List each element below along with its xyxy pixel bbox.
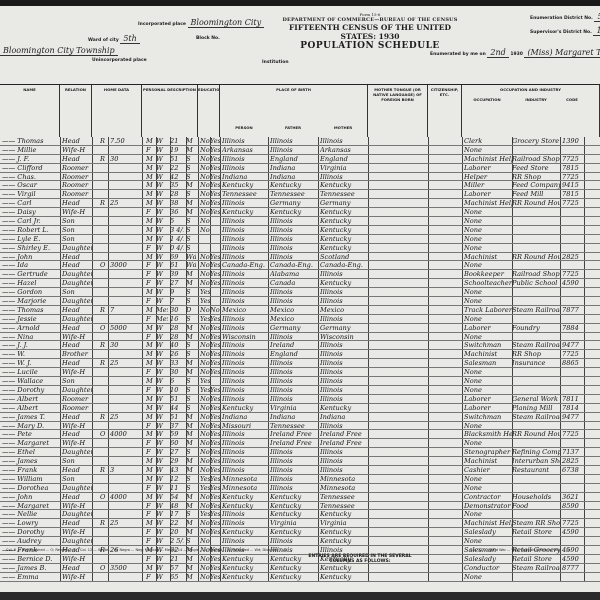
cell-birth: Kentucky (222, 493, 268, 501)
cell-birth: Illinois (222, 359, 268, 367)
cell-sex: F (146, 386, 154, 394)
column-rule (428, 306, 429, 314)
column-rule (560, 297, 561, 305)
column-rule (142, 377, 143, 385)
column-rule (318, 377, 319, 385)
cell-rel: Roomer (62, 181, 92, 189)
column-rule (268, 270, 269, 278)
enumerated-day: 2nd (487, 48, 508, 58)
cell-code: 7811 (562, 395, 584, 403)
column-rule (220, 306, 221, 314)
cell-mother: Illinois (320, 422, 368, 430)
column-rule (92, 288, 93, 296)
cell-age: 28 (170, 190, 184, 198)
cell-school: No (200, 528, 210, 536)
column-rule (92, 270, 93, 278)
column-rule (60, 173, 61, 181)
cell-mother: Illinois (320, 173, 368, 181)
column-rule (368, 155, 369, 163)
cell-age: 21 (170, 137, 184, 145)
column-rule (462, 146, 463, 154)
cell-occ: Salesman (464, 359, 512, 367)
cell-ms: S (186, 226, 196, 234)
column-rule (60, 226, 61, 234)
column-rule (560, 386, 561, 394)
column-rule (268, 146, 269, 154)
cell-ms: S (186, 377, 196, 385)
column-rule (584, 484, 585, 492)
cell-tenure: O (100, 430, 108, 438)
cell-name: —— Dorothea (2, 484, 60, 492)
cell-school: No (200, 279, 210, 287)
cell-occ: None (464, 439, 512, 447)
cell-race: W (156, 261, 168, 269)
column-rule (60, 333, 61, 341)
column-rule (318, 146, 319, 154)
column-rule (108, 386, 109, 394)
column-rule (92, 297, 93, 305)
cell-age: 33 (170, 359, 184, 367)
cell-mother: Minnesota (320, 475, 368, 483)
column-rule (368, 217, 369, 225)
column-rule (318, 466, 319, 474)
cell-birth: Illinois (222, 448, 268, 456)
column-rule (60, 199, 61, 207)
incorporated-place-value: Bloomington City (188, 18, 265, 28)
cell-name: —— Dorothy (2, 528, 60, 536)
cell-race: W (156, 253, 168, 261)
cell-value: 3 (110, 466, 132, 474)
cell-race: W (156, 279, 168, 287)
cell-sex: M (146, 430, 154, 438)
cell-race: W (156, 333, 168, 341)
col-occupation: OCCUPATION (462, 97, 512, 102)
cell-occ: Switchman (464, 413, 512, 421)
cell-tenure: R (100, 359, 108, 367)
cell-race: W (156, 377, 168, 385)
cell-occ: Laborer (464, 395, 512, 403)
column-rule (92, 279, 93, 287)
cell-father: Kentucky (270, 528, 318, 536)
column-rule (512, 510, 513, 518)
cell-birth: Illinois (222, 226, 268, 234)
column-rule (428, 324, 429, 332)
cell-value: 30 (110, 341, 132, 349)
column-rule (318, 324, 319, 332)
cell-school: No (200, 457, 210, 465)
cell-sex: F (146, 422, 154, 430)
column-rule (268, 422, 269, 430)
cell-ms: S (186, 155, 196, 163)
column-rule (318, 475, 319, 483)
column-rule (560, 164, 561, 172)
column-rule (60, 146, 61, 154)
column-rule (560, 519, 561, 527)
cell-race: W (156, 350, 168, 358)
column-rule (60, 359, 61, 367)
cell-occ: Clerk (464, 137, 512, 145)
column-rule (318, 502, 319, 510)
cell-school: No (200, 466, 210, 474)
cell-ms: M (186, 439, 196, 447)
column-rule (142, 270, 143, 278)
column-rule (368, 208, 369, 216)
cell-race: W (156, 137, 168, 145)
table-row: —— OscarRoomerMW35MNoYesKentuckyKentucky… (0, 181, 600, 190)
cell-birth: Kentucky (222, 502, 268, 510)
footer-legend-race: Col. 12 — White ... W; Negro ... Neg; Me… (80, 548, 172, 552)
column-rule (92, 190, 93, 198)
table-row: —— DorothyWife-HFW20MNoYesKentuckyKentuc… (0, 528, 600, 537)
column-rule (198, 395, 199, 403)
cell-mother: Illinois (320, 297, 368, 305)
table-row: —— Chas.RoomerMW42SNoYesIndianaIndianaIl… (0, 173, 600, 182)
column-rule (268, 359, 269, 367)
cell-read: Yes (210, 324, 220, 332)
cell-race: W (156, 519, 168, 527)
cell-read: Yes (210, 475, 220, 483)
column-rule (268, 208, 269, 216)
cell-age: 27 (170, 448, 184, 456)
cell-school: Yes (200, 377, 210, 385)
cell-sex: M (146, 395, 154, 403)
column-rule (428, 173, 429, 181)
column-rule (198, 306, 199, 314)
cell-school: Yes (200, 484, 210, 492)
column-rule (92, 137, 93, 145)
column-rule (220, 261, 221, 269)
cell-mother: Illinois (320, 466, 368, 474)
column-rule (462, 510, 463, 518)
column-rule (428, 484, 429, 492)
column-rule (198, 439, 199, 447)
cell-code: 4590 (562, 528, 584, 536)
cell-ind: Steam RR Shop (512, 519, 560, 527)
cell-race: W (156, 359, 168, 367)
cell-read: Yes (210, 341, 220, 349)
column-rule (92, 306, 93, 314)
cell-ms: S (186, 484, 196, 492)
column-rule (428, 519, 429, 527)
cell-ms: S (186, 386, 196, 394)
cell-read: Yes (210, 439, 220, 447)
cell-father: Illinois (270, 297, 318, 305)
column-rule (108, 244, 109, 252)
column-rule (142, 217, 143, 225)
column-rule (142, 484, 143, 492)
column-rule (428, 377, 429, 385)
cell-school: Yes (200, 315, 210, 323)
column-rule (198, 244, 199, 252)
cell-code: 7725 (562, 350, 584, 358)
cell-code: 9415 (562, 181, 584, 189)
cell-ind: Feed Store (512, 164, 560, 172)
cell-race: W (156, 244, 168, 252)
column-rule (560, 217, 561, 225)
table-row: —— J. F.HeadR30MW51SNoYesIllinoisEngland… (0, 155, 600, 164)
column-rule (368, 137, 369, 145)
column-rule (220, 164, 221, 172)
column-rule (560, 226, 561, 234)
cell-race: W (156, 404, 168, 412)
column-rule (220, 173, 221, 181)
cell-sex: F (146, 244, 154, 252)
cell-ind: Interurban Shop (512, 457, 560, 465)
column-rule (268, 341, 269, 349)
cell-rel: Daughter (62, 386, 92, 394)
column-rule (584, 493, 585, 501)
cell-father: Virginia (270, 404, 318, 412)
column-rule (512, 226, 513, 234)
column-rule (220, 404, 221, 412)
column-rule (60, 155, 61, 163)
column-rule (108, 226, 109, 234)
cell-name: —— Margaret (2, 439, 60, 447)
column-rule (60, 137, 61, 145)
column-rule (108, 457, 109, 465)
column-rule (220, 493, 221, 501)
cell-read: Yes (210, 261, 220, 269)
cell-father: Illinois (270, 253, 318, 261)
cell-father: Kentucky (270, 493, 318, 501)
enumerated-label: Enumerated by me on (430, 52, 486, 57)
table-row: —— LucileWife-HFW30MNoYesIllinoisIllinoi… (0, 368, 600, 377)
cell-ms: M (186, 137, 196, 145)
column-rule (318, 395, 319, 403)
enumeration-district: Enumeration District No. 57 (530, 12, 600, 21)
cell-name: —— Lowry (2, 519, 60, 527)
col-citizenship: CITIZENSHIP, ETC. (428, 85, 462, 137)
column-rule (198, 350, 199, 358)
column-rule (198, 199, 199, 207)
column-rule (92, 510, 93, 518)
cell-school: No (200, 502, 210, 510)
cell-read: No (210, 306, 220, 314)
column-rule (198, 164, 199, 172)
cell-age: 7 (170, 297, 184, 305)
cell-age: 22 (170, 519, 184, 527)
cell-father: Illinois (270, 457, 318, 465)
cell-read: Yes (210, 359, 220, 367)
column-rule (512, 208, 513, 216)
cell-mother: Germany (320, 199, 368, 207)
column-rule (198, 430, 199, 438)
column-rule (368, 146, 369, 154)
column-rule (142, 190, 143, 198)
cell-age: 3 4/12 (170, 226, 184, 234)
cell-name: —— John (2, 493, 60, 501)
cell-occ: Laborer (464, 190, 512, 198)
institution-label: Institution (262, 60, 289, 65)
cell-sex: M (146, 181, 154, 189)
column-rule (584, 395, 585, 403)
cell-name: —— Daisy (2, 208, 60, 216)
column-rule (108, 439, 109, 447)
cell-ms: M (186, 368, 196, 376)
cell-rel: Son (62, 235, 92, 243)
cell-school: No (200, 422, 210, 430)
column-rule (198, 146, 199, 154)
column-rule (368, 368, 369, 376)
column-rule (368, 475, 369, 483)
cell-ms: Wd (186, 253, 196, 261)
column-rule (428, 297, 429, 305)
column-rule (108, 448, 109, 456)
column-rule (462, 519, 463, 527)
cell-read: Yes (210, 457, 220, 465)
column-rule (108, 528, 109, 536)
cell-school: No (200, 368, 210, 376)
cell-occ: None (464, 422, 512, 430)
cell-age: 28 (170, 333, 184, 341)
cell-occ: None (464, 333, 512, 341)
cell-school: Yes (200, 475, 210, 483)
cell-occ: None (464, 377, 512, 385)
cell-age: 60 (170, 439, 184, 447)
column-rule (108, 475, 109, 483)
cell-mother: England (320, 155, 368, 163)
cell-mother: Virginia (320, 164, 368, 172)
cell-father: Illinois (270, 226, 318, 234)
cell-ms: M (186, 457, 196, 465)
column-rule (220, 244, 221, 252)
column-rule (142, 244, 143, 252)
column-rule (92, 457, 93, 465)
cell-name: —— Albert (2, 395, 60, 403)
column-rule (462, 315, 463, 323)
column-rule (462, 324, 463, 332)
cell-code: 8590 (562, 502, 584, 510)
column-rule (268, 315, 269, 323)
cell-rel: Head (62, 199, 92, 207)
cell-sex: M (146, 235, 154, 243)
column-rule (268, 324, 269, 332)
column-rule (560, 279, 561, 287)
table-row: —— JohnHeadMW69WdNoYesIllinoisIllinoisSc… (0, 253, 600, 262)
table-row: —— Lyle E.SonMW1 4/12SIllinoisIllinoisKe… (0, 235, 600, 244)
cell-rel: Head (62, 359, 92, 367)
column-rule (220, 466, 221, 474)
cell-tenure: O (100, 324, 108, 332)
cell-race: W (156, 502, 168, 510)
cell-ms: S (186, 244, 196, 252)
cell-race: W (156, 439, 168, 447)
column-rule (92, 430, 93, 438)
cell-age: 0 4/12 (170, 244, 184, 252)
cell-ind: Steam Railroad (512, 341, 560, 349)
column-rule (198, 155, 199, 163)
column-rule (210, 288, 211, 296)
column-rule (368, 190, 369, 198)
column-rule (198, 253, 199, 261)
column-rule (220, 439, 221, 447)
column-rule (60, 502, 61, 510)
column-rule (560, 261, 561, 269)
cell-occ: Blacksmith Helper (464, 430, 512, 438)
column-rule (142, 386, 143, 394)
cell-code: 7815 (562, 164, 584, 172)
column-rule (268, 395, 269, 403)
cell-sex: F (146, 146, 154, 154)
column-rule (560, 395, 561, 403)
cell-rel: Roomer (62, 395, 92, 403)
column-rule (142, 448, 143, 456)
col-code: CODE (560, 97, 584, 102)
column-rule (268, 528, 269, 536)
cell-ind: Steam Railroad (512, 413, 560, 421)
supervisor-district-value: 1 (593, 26, 600, 36)
cell-father: Illinois (270, 386, 318, 394)
column-rule (198, 217, 199, 225)
cell-name: —— Pete (2, 430, 60, 438)
cell-birth: Arkansas (222, 146, 268, 154)
column-rule (368, 279, 369, 287)
cell-sex: M (146, 404, 154, 412)
cell-birth: Illinois (222, 350, 268, 358)
cell-race: W (156, 386, 168, 394)
cell-school: No (200, 341, 210, 349)
cell-father: Canada (270, 279, 318, 287)
column-rule (560, 181, 561, 189)
table-row: —— Shirley E.DaughterFW0 4/12SIllinoisIl… (0, 244, 600, 253)
column-rule (462, 306, 463, 314)
column-rule (220, 137, 221, 145)
cell-ind: General Work (512, 395, 560, 403)
cell-sex: F (146, 279, 154, 287)
cell-race: W (156, 164, 168, 172)
column-rule (142, 457, 143, 465)
cell-father: Illinois (270, 475, 318, 483)
cell-read: Yes (210, 422, 220, 430)
column-rule (108, 502, 109, 510)
cell-occ: None (464, 217, 512, 225)
column-rule (268, 279, 269, 287)
column-rule (560, 208, 561, 216)
col-father: FATHER (268, 125, 318, 130)
column-rule (462, 484, 463, 492)
column-rule (462, 226, 463, 234)
column-rule (584, 199, 585, 207)
cell-school: No (200, 359, 210, 367)
column-rule (92, 333, 93, 341)
table-row: —— W. J.HeadR25MW33MNoYesIllinoisIllinoi… (0, 359, 600, 368)
cell-mother: Minnesota (320, 484, 368, 492)
column-rule (60, 430, 61, 438)
column-rule (318, 217, 319, 225)
column-rule (142, 422, 143, 430)
column-rule (142, 235, 143, 243)
column-rule (428, 208, 429, 216)
column-rule (108, 208, 109, 216)
cell-tenure: R (100, 519, 108, 527)
column-rule (428, 199, 429, 207)
cell-read: Yes (210, 253, 220, 261)
cell-race: Mex (156, 306, 168, 314)
column-rule (318, 164, 319, 172)
column-rule (462, 502, 463, 510)
column-rule (462, 279, 463, 287)
cell-age: 22 (170, 164, 184, 172)
cell-occ: Laborer (464, 404, 512, 412)
cell-age: 1 4/12 (170, 235, 184, 243)
supervisor-district-label: Supervisor's District No. (530, 30, 592, 35)
cell-occ: Machinist Helper (464, 199, 512, 207)
cell-birth: Illinois (222, 510, 268, 518)
block: Block No. (196, 36, 220, 41)
column-rule (368, 341, 369, 349)
column-rule (318, 315, 319, 323)
column-rule (198, 261, 199, 269)
